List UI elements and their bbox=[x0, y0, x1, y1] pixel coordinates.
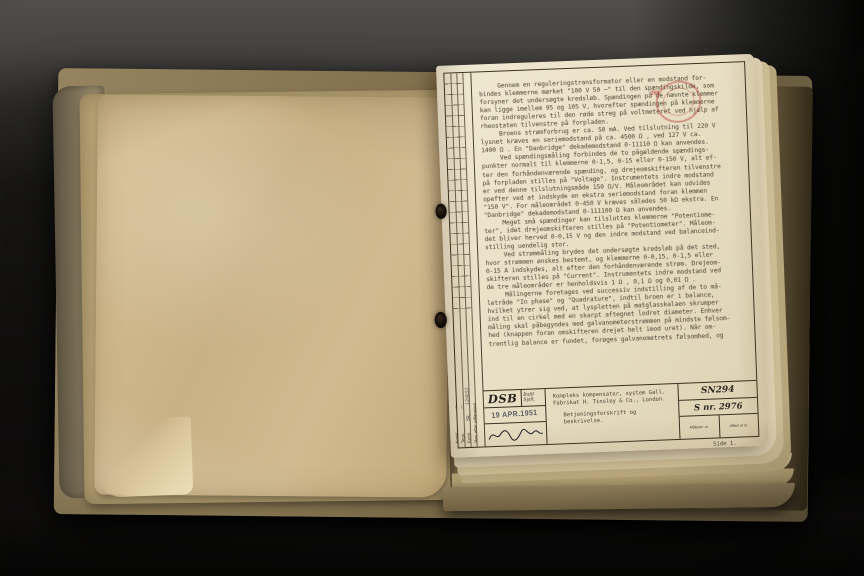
left-sheet-corner-curl bbox=[95, 416, 194, 497]
dsb-logo: DSB bbox=[484, 390, 522, 407]
signature-cell bbox=[485, 422, 547, 446]
page-number: Side 1. bbox=[713, 441, 737, 448]
page-printed-border: Konst. Tegn. Kontr. Rev. efter udførelse… bbox=[443, 61, 759, 448]
date-stamp: 19 APR.1951 bbox=[492, 409, 539, 420]
title-block-center-column: Kompleks kompensator, system Gall. Fabri… bbox=[545, 384, 680, 444]
mini-cell-aflost: Afløst af nr. bbox=[719, 414, 758, 437]
title-block-right-column: SN294 S nr. 2976 Måleser. nr. Afløst af … bbox=[678, 381, 758, 439]
stamp-number: 258 bbox=[650, 91, 659, 97]
typed-body-text: Gennem en reguleringstransformator eller… bbox=[479, 74, 746, 349]
margin-label-kontr: Kontr. bbox=[466, 432, 471, 443]
document-page-stack: Konst. Tegn. Kontr. Rev. efter udførelse… bbox=[436, 54, 769, 458]
mini-cells: Måleser. nr. Afløst af nr. bbox=[680, 414, 759, 439]
margin-label-rev: Rev. efter udførelsen bbox=[472, 403, 479, 443]
margin-entry-tegn: — bbox=[460, 405, 465, 410]
signature bbox=[487, 424, 544, 444]
typed-document-page: Konst. Tegn. Kontr. Rev. efter udførelse… bbox=[436, 54, 769, 458]
folder-bottom-flap bbox=[443, 483, 795, 511]
margin-entry-konst: — bbox=[454, 405, 459, 410]
photo-of-open-binder: 15 98 Konst. Tegn. Kontr. Rev. efter udf… bbox=[0, 0, 864, 576]
margin-grid-strip: Konst. Tegn. Kontr. Rev. efter udførelse… bbox=[444, 73, 485, 448]
margin-label-tegn: Tegn. bbox=[460, 433, 465, 444]
doc-subtitle: Betjeningsforskrift og beskrivelse. bbox=[553, 408, 673, 427]
title-block-left-column: DSB Bafd Sydt. 19 APR.1951 bbox=[484, 389, 548, 446]
margin-entry-kontr-date: 12/4/51 bbox=[465, 387, 471, 405]
mini-cell-maleser: Måleser. nr. bbox=[680, 415, 720, 439]
margin-entry-kontr-initials: Sk. bbox=[466, 413, 471, 421]
margin-label-konst: Konst. bbox=[454, 431, 459, 443]
title-block: DSB Bafd Sydt. 19 APR.1951 bbox=[483, 380, 758, 446]
org-handwritten-note: Bafd Sydt. bbox=[521, 392, 545, 403]
